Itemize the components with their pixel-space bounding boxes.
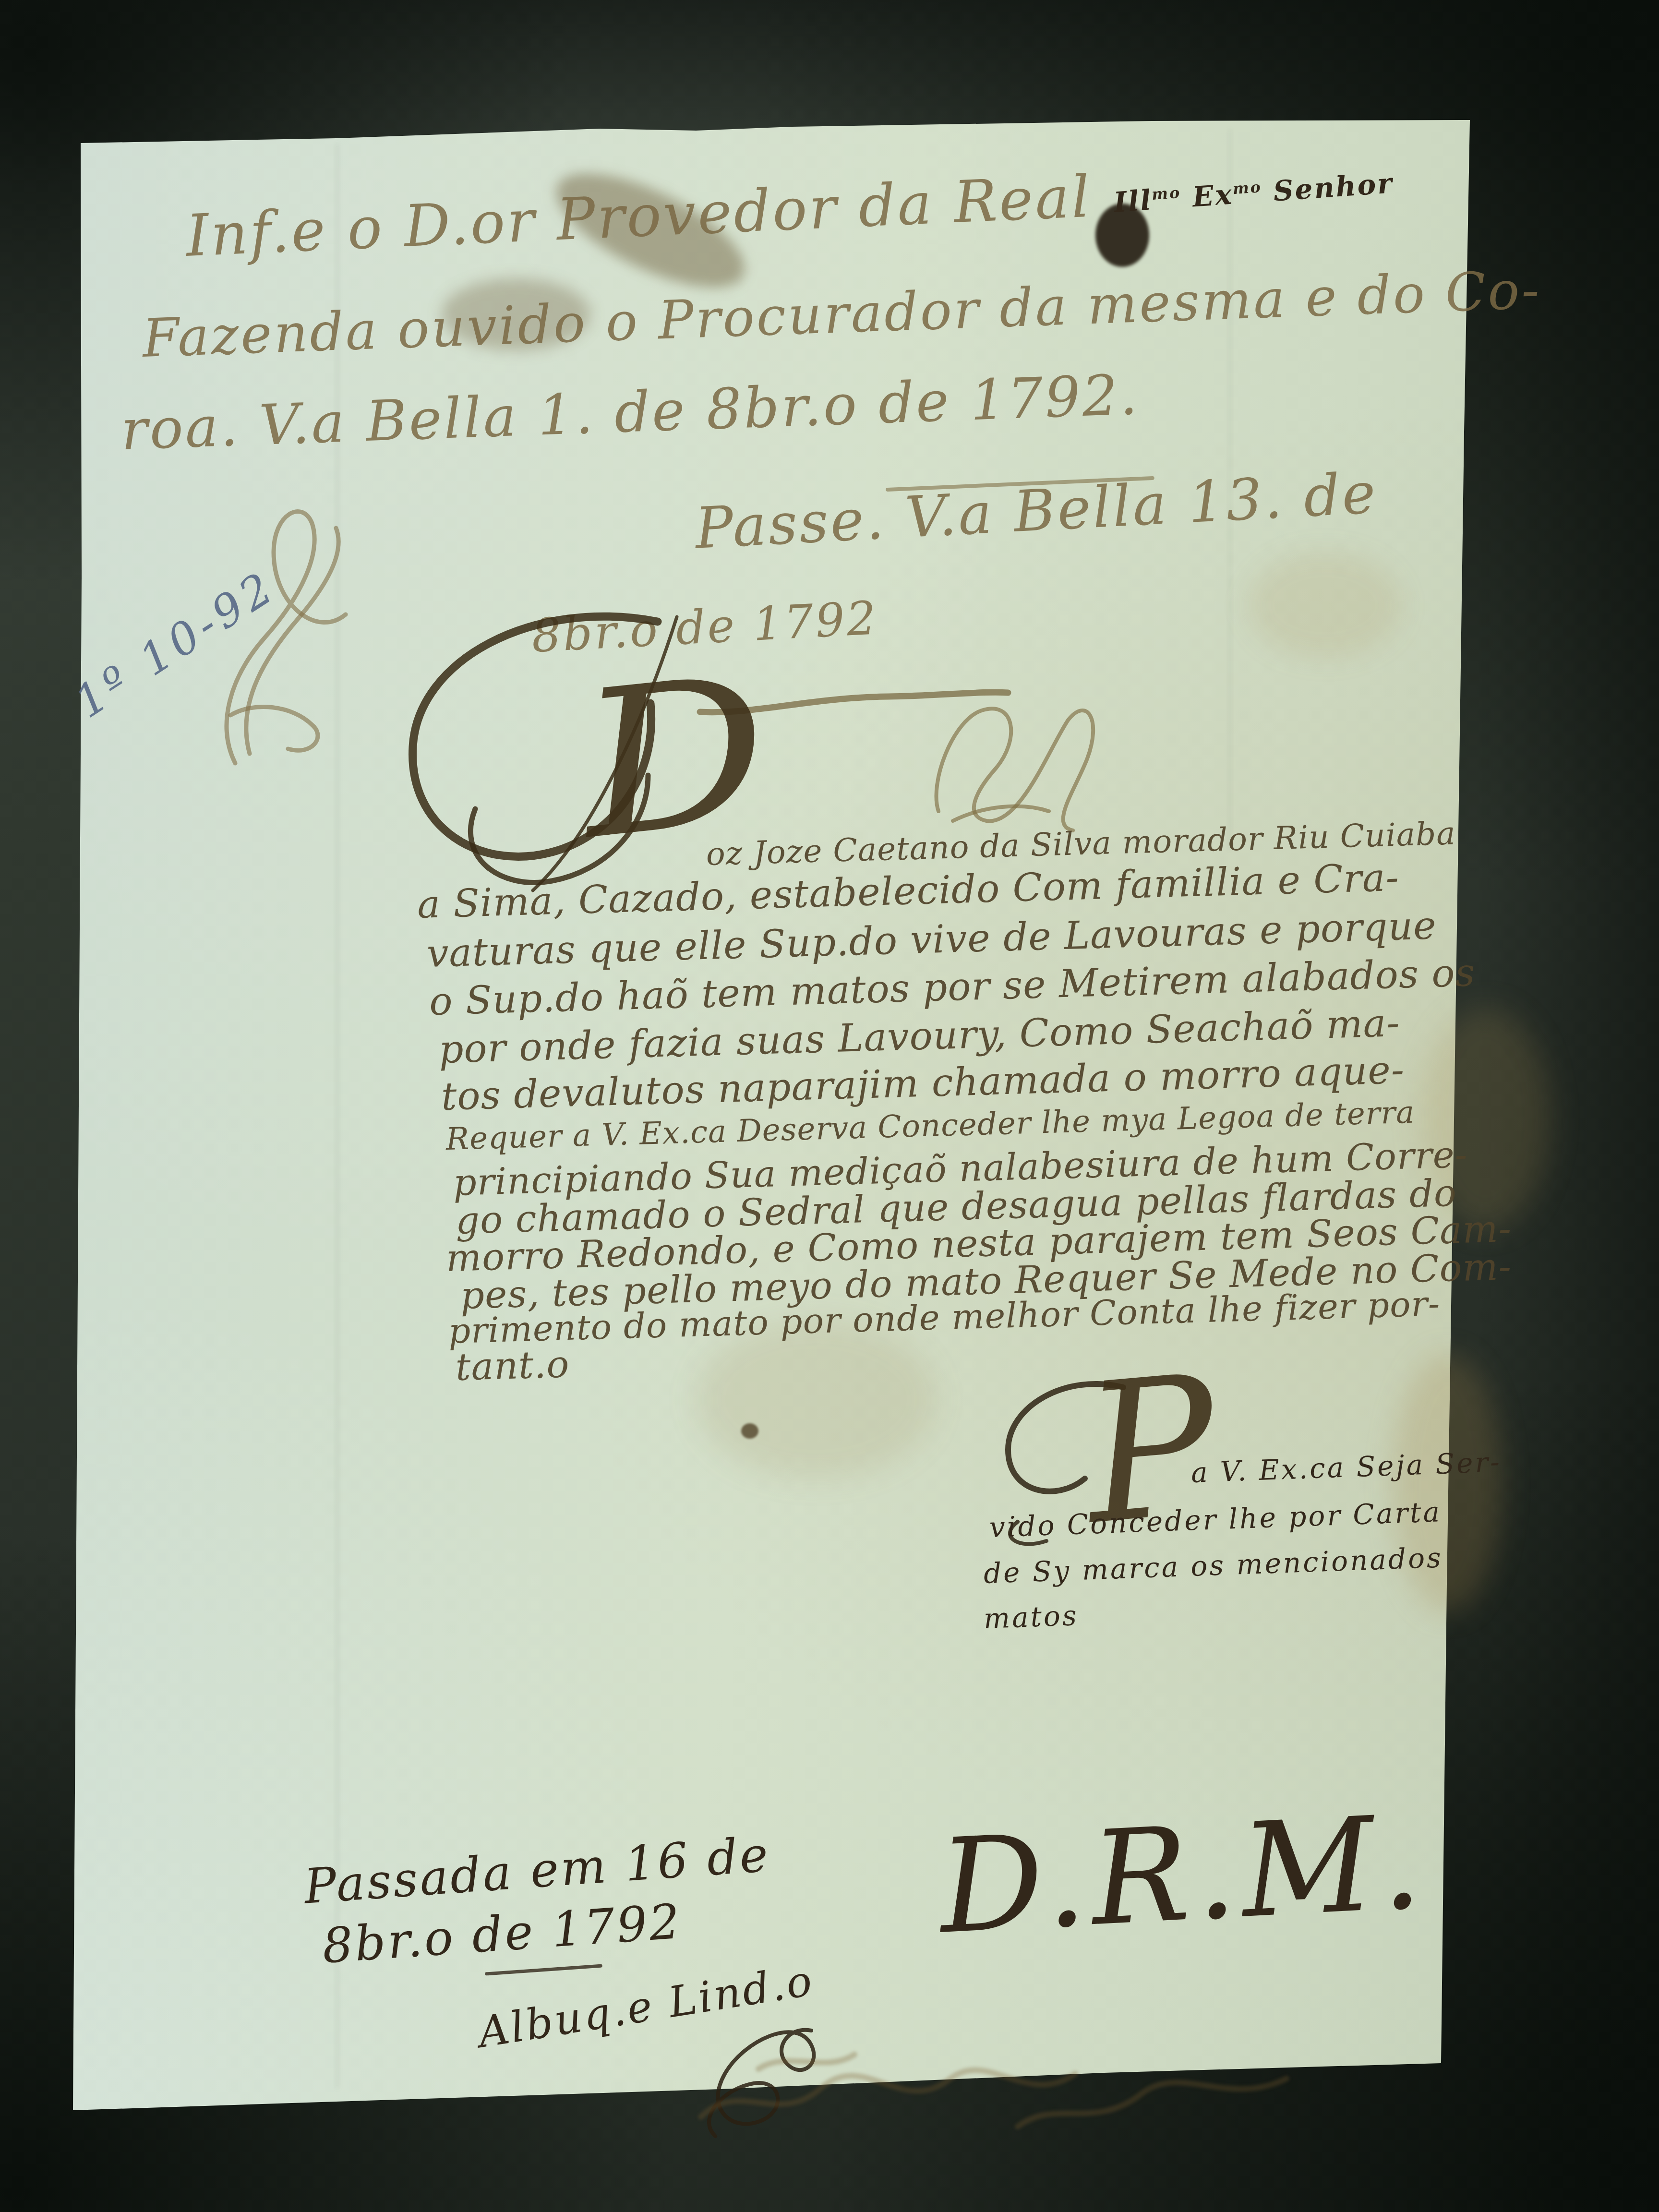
paraph-mid-icon <box>924 691 1111 840</box>
ink-spot <box>741 1423 758 1439</box>
salutation-text: Ex <box>1180 178 1234 214</box>
body-line-13: tant.o <box>455 1345 570 1387</box>
salutation-superscript: mo <box>1232 178 1263 198</box>
foxing-stain <box>696 1320 936 1479</box>
foxing-stain <box>1248 552 1402 658</box>
bleedthrough-marks <box>682 2021 1306 2141</box>
photo-backdrop: Illmo Exmo Senhor Inf.e o D.or Provedor … <box>0 0 1659 2212</box>
salutation-text: Ill <box>1113 183 1154 218</box>
salutation-superscript: mo <box>1151 183 1182 204</box>
petition-line-4: matos <box>983 1601 1079 1634</box>
monogram: D.R.M. <box>936 1794 1431 1955</box>
